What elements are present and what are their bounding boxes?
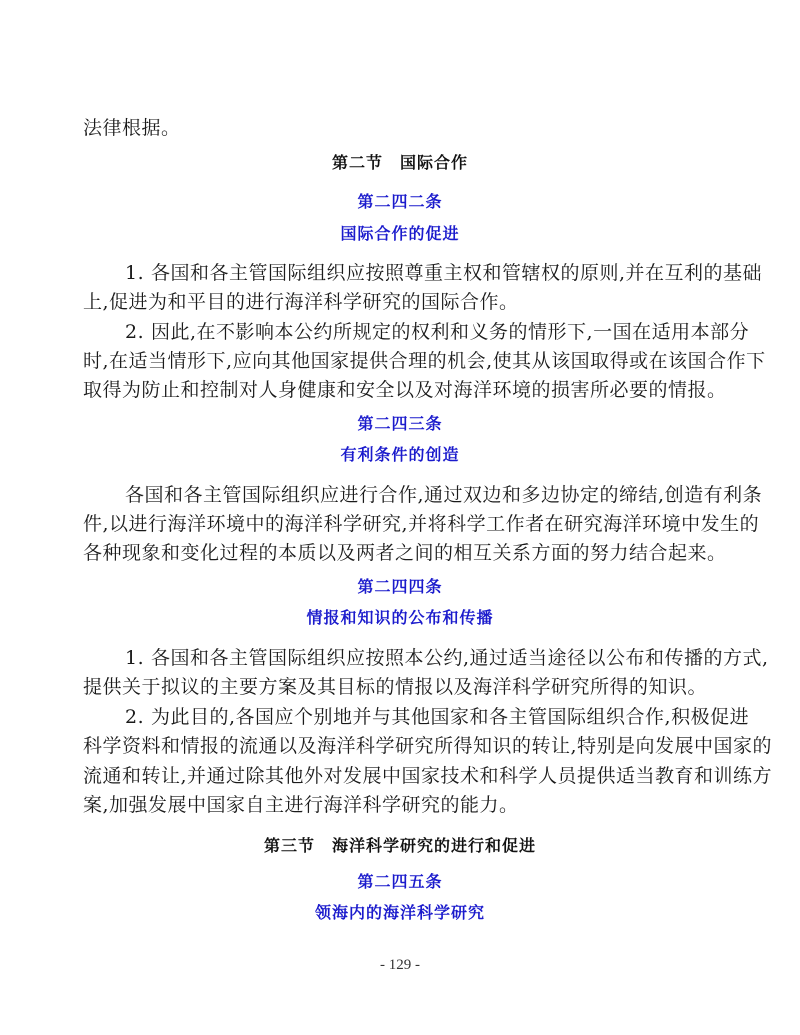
paragraph-line: 件,以进行海洋环境中的海洋科学研究,并将科学工作者在研究海洋环境中发生的 bbox=[83, 510, 709, 539]
article-number: 第二四四条 bbox=[83, 575, 717, 599]
paragraph-line: 2.因此,在不影响本公约所规定的权利和义务的情形下,一国在适用本部分 bbox=[83, 318, 709, 347]
page-number: - 129 - bbox=[83, 957, 717, 974]
paragraph-line: 流通和转让,并通过除其他外对发展中国家技术和科学人员提供适当教育和训练方 bbox=[83, 762, 709, 791]
article-title: 领海内的海洋科学研究 bbox=[83, 901, 717, 925]
paragraph-number: 2. bbox=[83, 703, 151, 732]
paragraph-line: 各种现象和变化过程的本质以及两者之间的相互关系方面的努力结合起来。 bbox=[83, 539, 709, 568]
paragraph-line: 1.各国和各主管国际组织应按照尊重主权和管辖权的原则,并在互利的基础 bbox=[83, 259, 709, 288]
paragraph-number: 1. bbox=[83, 644, 151, 673]
paragraph-line: 上,促进为和平目的进行海洋科学研究的国际合作。 bbox=[83, 288, 709, 317]
paragraph-line: 取得为防止和控制对人身健康和安全以及对海洋环境的损害所必要的情报。 bbox=[83, 376, 709, 405]
paragraph-number: 1. bbox=[83, 259, 151, 288]
paragraph-line: 科学资料和情报的流通以及海洋科学研究所得知识的转让,特别是向发展中国家的 bbox=[83, 732, 709, 761]
paragraph-line: 2.为此目的,各国应个别地并与其他国家和各主管国际组织合作,积极促进 bbox=[83, 703, 709, 732]
continuation-text: 法律根据。 bbox=[83, 114, 709, 143]
article-title: 国际合作的促进 bbox=[83, 222, 717, 246]
paragraph-line: 提供关于拟议的主要方案及其目标的情报以及海洋科学研究所得的知识。 bbox=[83, 673, 709, 702]
paragraph-line: 各国和各主管国际组织应进行合作,通过双边和多边协定的缔结,创造有利条 bbox=[83, 481, 709, 510]
article-number: 第二四三条 bbox=[83, 412, 717, 436]
article-title: 有利条件的创造 bbox=[83, 443, 717, 467]
article-number: 第二四五条 bbox=[83, 870, 717, 894]
paragraph-line: 时,在适当情形下,应向其他国家提供合理的机会,使其从该国取得或在该国合作下 bbox=[83, 347, 709, 376]
section-title: 第三节 海洋科学研究的进行和促进 bbox=[83, 834, 717, 858]
section-title: 第二节 国际合作 bbox=[83, 151, 717, 175]
article-title: 情报和知识的公布和传播 bbox=[83, 606, 717, 630]
paragraph-number: 2. bbox=[83, 318, 151, 347]
paragraph-line: 案,加强发展中国家自主进行海洋科学研究的能力。 bbox=[83, 791, 709, 820]
article-number: 第二四二条 bbox=[83, 190, 717, 214]
paragraph-line: 1.各国和各主管国际组织应按照本公约,通过适当途径以公布和传播的方式, bbox=[83, 644, 709, 673]
